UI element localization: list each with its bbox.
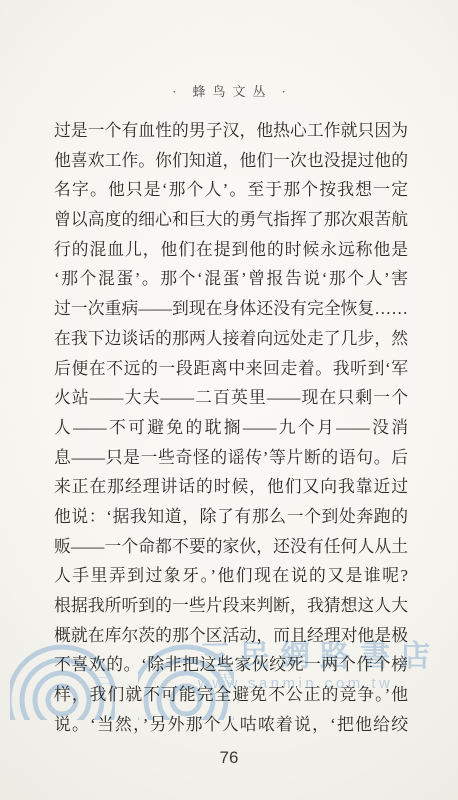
text-line: 过是一个有血性的男子汉，他热心工作就只因为 xyxy=(54,116,408,146)
text-line: 后便在不远的一段距离中来回走着。我听到‘军 xyxy=(54,354,408,384)
text-line: 名字。他只是‘那个人’。至于那个按我想一定 xyxy=(54,175,408,205)
text-line: 他说：‘据我知道，除了有那么一个到处奔跑的商 xyxy=(54,502,408,532)
text-line: 行的混血儿，他们在提到他的时候永远称他是 xyxy=(54,235,408,265)
body-text: 过是一个有血性的男子汉，他热心工作就只因为他喜欢工作。你们知道，他们一次也没提过… xyxy=(54,116,408,739)
text-line: 过一次重病——到现在身体还没有完全恢复…… xyxy=(54,294,408,324)
page-number: 76 xyxy=(0,748,458,768)
page-header-title: 蜂鸟文丛 xyxy=(192,84,272,100)
text-line: 概就在库尔茨的那个区活动，而且经理对他是极 xyxy=(54,621,408,651)
text-line: 说。‘当然，’另外那个人咕哝着说，‘把他给绞 xyxy=(54,710,408,740)
text-line: 曾以高度的细心和巨大的勇气指挥了那次艰苦航 xyxy=(54,205,408,235)
text-line: 贩——一个命都不要的家伙，还没有任何人从土 xyxy=(54,532,408,562)
text-line: 根据我所听到的一些片段来判断，我猜想这人大 xyxy=(54,591,408,621)
text-line: 他喜欢工作。你们知道，他们一次也没提过他的 xyxy=(54,146,408,176)
header-ornament-left: · xyxy=(156,84,192,100)
text-line: 在我下边谈话的那两人接着向远处走了几步，然 xyxy=(54,324,408,354)
book-page: · 蜂鸟文丛 · 三 民 三民網路書店 www.sanmin.com.tw xyxy=(0,0,458,800)
text-line: 人手里弄到过象牙。’他们现在说的又是谁呢? xyxy=(54,561,408,591)
text-line: 息——只是一些奇怪的谣传’等片断的语句。后 xyxy=(54,443,408,473)
header-ornament-right: · xyxy=(266,84,302,100)
text-line: 不喜欢的。‘除非把这些家伙绞死一两个作个榜 xyxy=(54,650,408,680)
text-line: 样，我们就不可能完全避免不公正的竞争。’他 xyxy=(54,680,408,710)
text-line: ‘那个混蛋’。那个‘混蛋’曾报告说‘那个人’害 xyxy=(54,264,408,294)
text-line: 火站——大夫——二百英里——现在只剩一个 xyxy=(54,383,408,413)
running-header: · 蜂鸟文丛 · xyxy=(0,84,458,100)
text-line: 人——不可避免的耽搁——九个月——没消 xyxy=(54,413,408,443)
text-line: 来正在那经理讲话的时候，他们又向我靠近过来， xyxy=(54,472,408,502)
